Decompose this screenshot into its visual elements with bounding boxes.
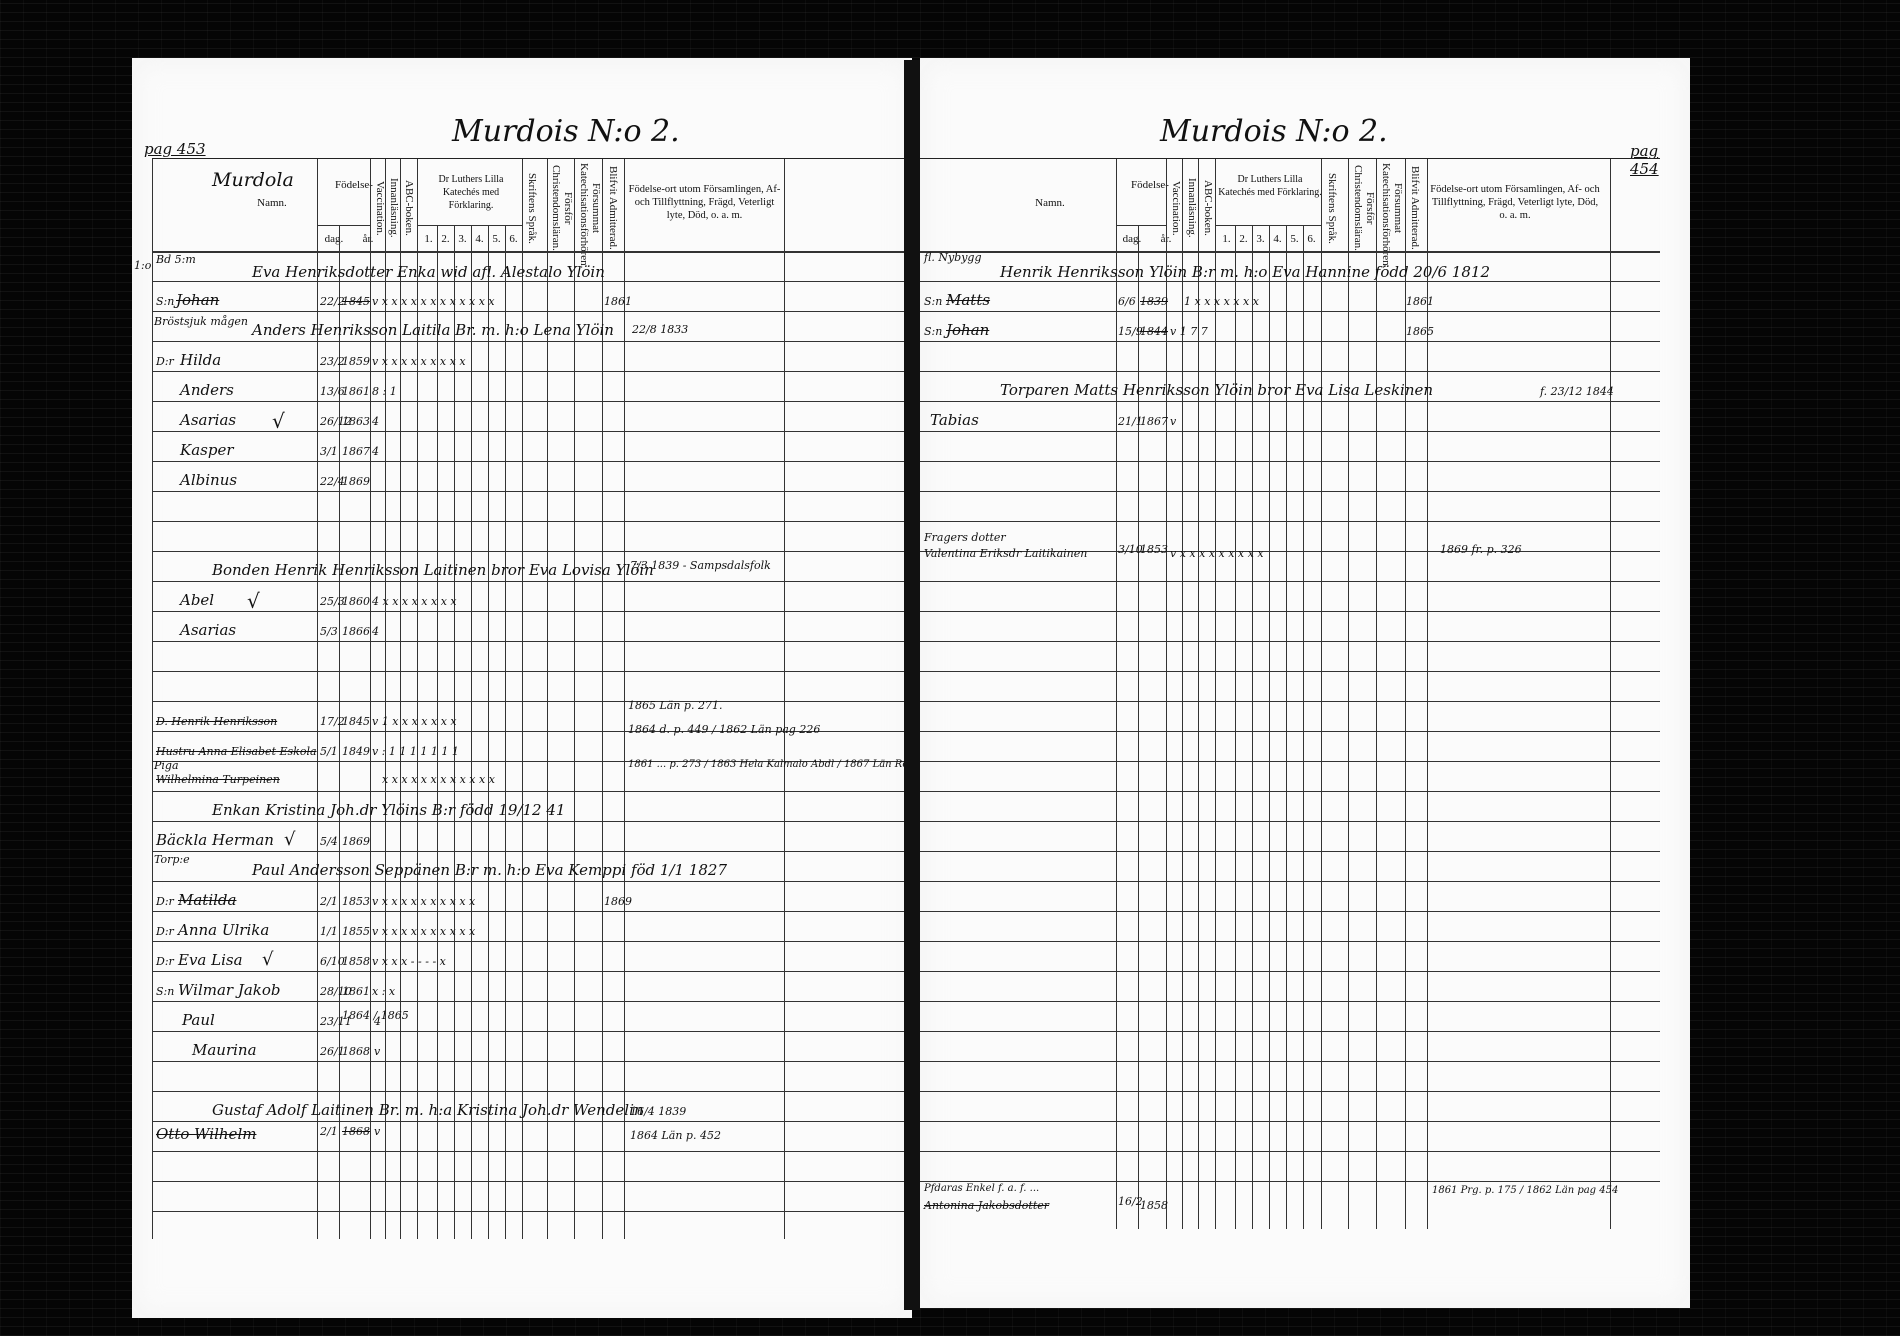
marks: v x x x x x x x x x x — [372, 925, 475, 938]
birth-day: 5/1 — [320, 745, 338, 758]
birth-year: 1860 — [342, 595, 370, 608]
household-head: Henrik Henriksson Ylöin B:r m. h:o Eva H… — [1000, 263, 1490, 281]
person-name: Eva Lisa — [178, 951, 243, 969]
header-forsfor: Försför Christendomsläran. — [550, 163, 574, 253]
birth-year: 1868 — [342, 1125, 370, 1138]
person-name: Tabias — [930, 411, 979, 429]
notes-entry: 16/4 1839 — [630, 1105, 686, 1118]
birth-year: 1867 — [1140, 415, 1168, 428]
notes-entry: 1869 fr. p. 326 — [1440, 543, 1522, 556]
check-mark-icon: √ — [262, 949, 273, 970]
header-name: Namn. — [980, 197, 1120, 210]
birth-day: 3/10 — [1118, 543, 1143, 556]
person-name: Valentina Eriksdr Laitikainen — [924, 547, 1087, 560]
person-name: Anna Ulrika — [178, 921, 269, 939]
birth-year: 1839 — [1140, 295, 1168, 308]
household-head: Paul Andersson Seppänen B:r m. h:o Eva K… — [252, 861, 727, 879]
row-note-prefix: Bröstsjuk mågen — [154, 315, 248, 328]
birth-day: 22/4 — [320, 475, 345, 488]
birth-year: 1858 — [1140, 1199, 1168, 1212]
marks: v x x x - - - - x — [372, 955, 446, 968]
marks: x x x x x x x x x x x x — [382, 773, 495, 786]
person-name: Antonina Jakobsdotter — [924, 1199, 1049, 1212]
marks: v — [374, 1125, 380, 1138]
check-mark-icon: √ — [284, 829, 295, 850]
birth-year: 1853 — [342, 895, 370, 908]
marks: 4 x x x x x x x x — [372, 595, 457, 608]
birth-year: 1867 — [342, 445, 370, 458]
birth-day: 13/6 — [320, 385, 345, 398]
birth-year: 1866 — [342, 625, 370, 638]
marks: v x x x x x x x x x — [1170, 547, 1264, 560]
header-forsummat: Försummat Katechisationsförhören. — [578, 163, 602, 253]
birth-day: 25/3 — [320, 595, 345, 608]
household-head: Eva Henriksdotter Enka wid afl. Alestalo… — [252, 263, 605, 281]
birth-day: 2/1 — [320, 895, 338, 908]
notes-entry: 1864 d. p. 449 / 1862 Län pag 226 — [628, 723, 820, 736]
header-cat-6: 6. — [505, 233, 522, 246]
header-forsfor: Försför Christendomsläran. — [1352, 163, 1376, 253]
household-head: Anders Henriksson Laitila Br. m. h:o Len… — [252, 321, 614, 339]
row-marker: D:r — [156, 925, 174, 938]
birth-year: 1863 — [342, 415, 370, 428]
birth-day: 3/1 — [320, 445, 338, 458]
birth-day: 22/2 — [320, 295, 345, 308]
header-name: Namn. — [212, 197, 332, 210]
birth-year: 1869 — [342, 835, 370, 848]
person-name: Paul — [182, 1011, 215, 1029]
birth-year: 1849 — [342, 745, 370, 758]
person-name: Abel — [180, 591, 214, 609]
header-skriftens-sprak: Skriftens Språk. — [526, 163, 538, 253]
person-name: Asarias — [180, 621, 236, 639]
household-head: Enkan Kristina Joh.dr Ylöins B:r född 19… — [212, 801, 565, 819]
page-reference: pag 453 — [144, 140, 206, 158]
household-head: Gustaf Adolf Laitinen Br. m. h:a Kristin… — [212, 1101, 644, 1119]
birth-day: 1/1 — [320, 925, 338, 938]
person-name: Johan — [946, 321, 989, 339]
notes-entry: 1864 Län p. 452 — [630, 1129, 721, 1142]
person-name: Johan — [176, 291, 219, 309]
notes-entry: f. 23/12 1844 — [1540, 385, 1614, 398]
person-name: Otto Wilhelm — [156, 1125, 256, 1143]
birth-day: 6/10 — [320, 955, 345, 968]
header-skriftens-sprak: Skriftens Språk. — [1326, 163, 1338, 253]
row-marker: S:n — [924, 325, 942, 338]
row-marker: D:r — [156, 955, 174, 968]
marks: v x x x x x x x x x x — [372, 895, 475, 908]
birth-day: 16/2 — [1118, 1195, 1143, 1208]
marks: v : 1 1 1 1 1 1 1 — [372, 745, 459, 758]
header-cat-4: 4. — [471, 233, 488, 246]
left-page: pag 453 Murdois N:o 2. Murdola Namn. Föd… — [132, 58, 912, 1318]
header-abc: ABC-boken. — [1202, 163, 1214, 253]
header-cat-4: 4. — [1269, 233, 1286, 246]
marks: v 1 7 7 — [1170, 325, 1208, 338]
birth-year: 1855 — [342, 925, 370, 938]
marks: v x x x x x x x x x — [372, 355, 466, 368]
row-note-prefix: Fragers dotter — [924, 531, 1006, 544]
row-marker: D:r — [156, 895, 174, 908]
page-title: Murdois N:o 2. — [452, 114, 680, 149]
birth-year: 1845 — [342, 295, 370, 308]
marks: v — [374, 1045, 380, 1058]
header-cat-3: 3. — [1252, 233, 1269, 246]
marks: 1 x x x x x x x — [1184, 295, 1259, 308]
marks: v — [1170, 415, 1176, 428]
birth-day: 15/9 — [1118, 325, 1143, 338]
birth-year: 1861 — [342, 985, 370, 998]
marks: x : x — [372, 985, 395, 998]
register-table: Murdola Namn. Födelse- dag. år. Vaccinat… — [152, 158, 912, 1239]
row-note-prefix: Piga — [154, 759, 179, 772]
header-notes: Födelse-ort utom Församlingen, Af- och T… — [1430, 183, 1600, 222]
row-marker: S:n — [156, 295, 174, 308]
row-marker: S:n — [156, 985, 174, 998]
birth-day: 5/4 — [320, 835, 338, 848]
register-table: Namn. Födelse- dag. år. Vaccination. Inn… — [920, 158, 1660, 1229]
birth-year: 1869 — [342, 475, 370, 488]
header-cat-5: 5. — [488, 233, 505, 246]
birth-year: 1845 — [342, 715, 370, 728]
notes-entry: 7/3 1839 - Sampsdalsfolk — [630, 559, 771, 572]
birth-year: 1853 — [1140, 543, 1168, 556]
header-admitted: Blifvit Admitterad. — [607, 163, 619, 253]
notes-entry: 1865 Län p. 271. — [628, 699, 722, 712]
header-abc: ABC-boken. — [403, 163, 415, 253]
header-catechism: Dr Luthers Lilla Katechés med Förklaring… — [1218, 173, 1322, 199]
header-cat-6: 6. — [1303, 233, 1320, 246]
header-cat-5: 5. — [1286, 233, 1303, 246]
birth-year: 1858 — [342, 955, 370, 968]
household-head: Torparen Matts Henriksson Ylöin bror Eva… — [1000, 381, 1433, 399]
header-catechism: Dr Luthers Lilla Katechés med Förklaring… — [420, 173, 522, 212]
birth-year: 1844 — [1140, 325, 1168, 338]
person-name: D. Henrik Henriksson — [156, 715, 277, 728]
header-innanlasning: Innanläsning. — [388, 163, 400, 253]
marks: 4 — [372, 445, 379, 458]
header-notes: Födelse-ort utom Församlingen, Af- och T… — [627, 183, 782, 222]
header-forsummat: Försummat Katechisationsförhören. — [1380, 163, 1404, 253]
person-name: Maurina — [192, 1041, 257, 1059]
person-name: Bäckla Herman — [156, 831, 274, 849]
marks: 4 — [372, 625, 379, 638]
header-vaccination: Vaccination. — [1170, 163, 1182, 253]
row-note-prefix: fl. Nybygg — [924, 251, 982, 264]
marks: v x x x x x x x x x x x x — [372, 295, 495, 308]
row-marker: S:n — [924, 295, 942, 308]
right-page: Murdois N:o 2. pag 454 Namn. Födelse- da… — [920, 58, 1690, 1308]
birth-year: 1868 — [342, 1045, 370, 1058]
marks: 4 — [374, 1015, 381, 1028]
check-mark-icon: √ — [272, 409, 285, 433]
person-name: Anders — [180, 381, 234, 399]
birth-day: 21/1 — [1118, 415, 1143, 428]
check-mark-icon: √ — [247, 589, 260, 613]
village-heading: Murdola — [212, 169, 294, 191]
page-title: Murdois N:o 2. — [1160, 114, 1388, 149]
birth-day: 23/2 — [320, 355, 345, 368]
birth-year: 1861 — [342, 385, 370, 398]
header-cat-2: 2. — [1235, 233, 1252, 246]
person-name: Wilmar Jakob — [178, 981, 281, 999]
header-birth-day: dag. — [1122, 233, 1142, 246]
birth-day: 26/1 — [320, 1045, 345, 1058]
admitted-year: 1869 — [604, 895, 632, 908]
birth-day: 6/6 — [1118, 295, 1136, 308]
person-name: Kasper — [180, 441, 234, 459]
birth-year: 1859 — [342, 355, 370, 368]
row-marker: D:r — [156, 355, 174, 368]
row-note-prefix: Bd 5:m — [156, 253, 196, 266]
header-cat-2: 2. — [437, 233, 454, 246]
header-innanlasning: Innanläsning. — [1186, 163, 1198, 253]
marks: 4 — [372, 415, 379, 428]
header-admitted: Blifvit Admitterad. — [1409, 163, 1421, 253]
person-name: Hustru Anna Elisabet Eskola — [156, 745, 317, 758]
person-name: Albinus — [180, 471, 237, 489]
admitted-year: 1861 — [1406, 295, 1434, 308]
row-note-prefix: Torp:e — [154, 853, 190, 866]
household-head: Bonden Henrik Henriksson Laitinen bror E… — [212, 561, 654, 579]
row-note-prefix: Pfdaras Enkel f. a. f. ... — [924, 1183, 1039, 1194]
admitted-year: 1865 — [1406, 325, 1434, 338]
book-spine — [904, 60, 920, 1310]
header-birth-day: dag. — [324, 233, 344, 246]
header-cat-1: 1. — [420, 233, 437, 246]
admitted-year: 1861 — [604, 295, 632, 308]
person-name: Asarias — [180, 411, 236, 429]
birth-day: 17/2 — [320, 715, 345, 728]
person-name: Matts — [946, 291, 990, 309]
person-name: Matilda — [178, 891, 236, 909]
person-name: Hilda — [180, 351, 221, 369]
notes-entry: 22/8 1833 — [632, 323, 688, 336]
birth-day: 2/1 — [320, 1125, 338, 1138]
header-cat-1: 1. — [1218, 233, 1235, 246]
row-marker: 1:o — [134, 259, 151, 272]
person-name: Wilhelmina Turpeinen — [156, 773, 280, 786]
notes-entry: 1861 Prg. p. 175 / 1862 Län pag 454 — [1432, 1185, 1618, 1196]
marks: 8 : 1 — [372, 385, 397, 398]
header-cat-3: 3. — [454, 233, 471, 246]
birth-day: 5/3 — [320, 625, 338, 638]
marks: v 1 x x x x x x x — [372, 715, 457, 728]
